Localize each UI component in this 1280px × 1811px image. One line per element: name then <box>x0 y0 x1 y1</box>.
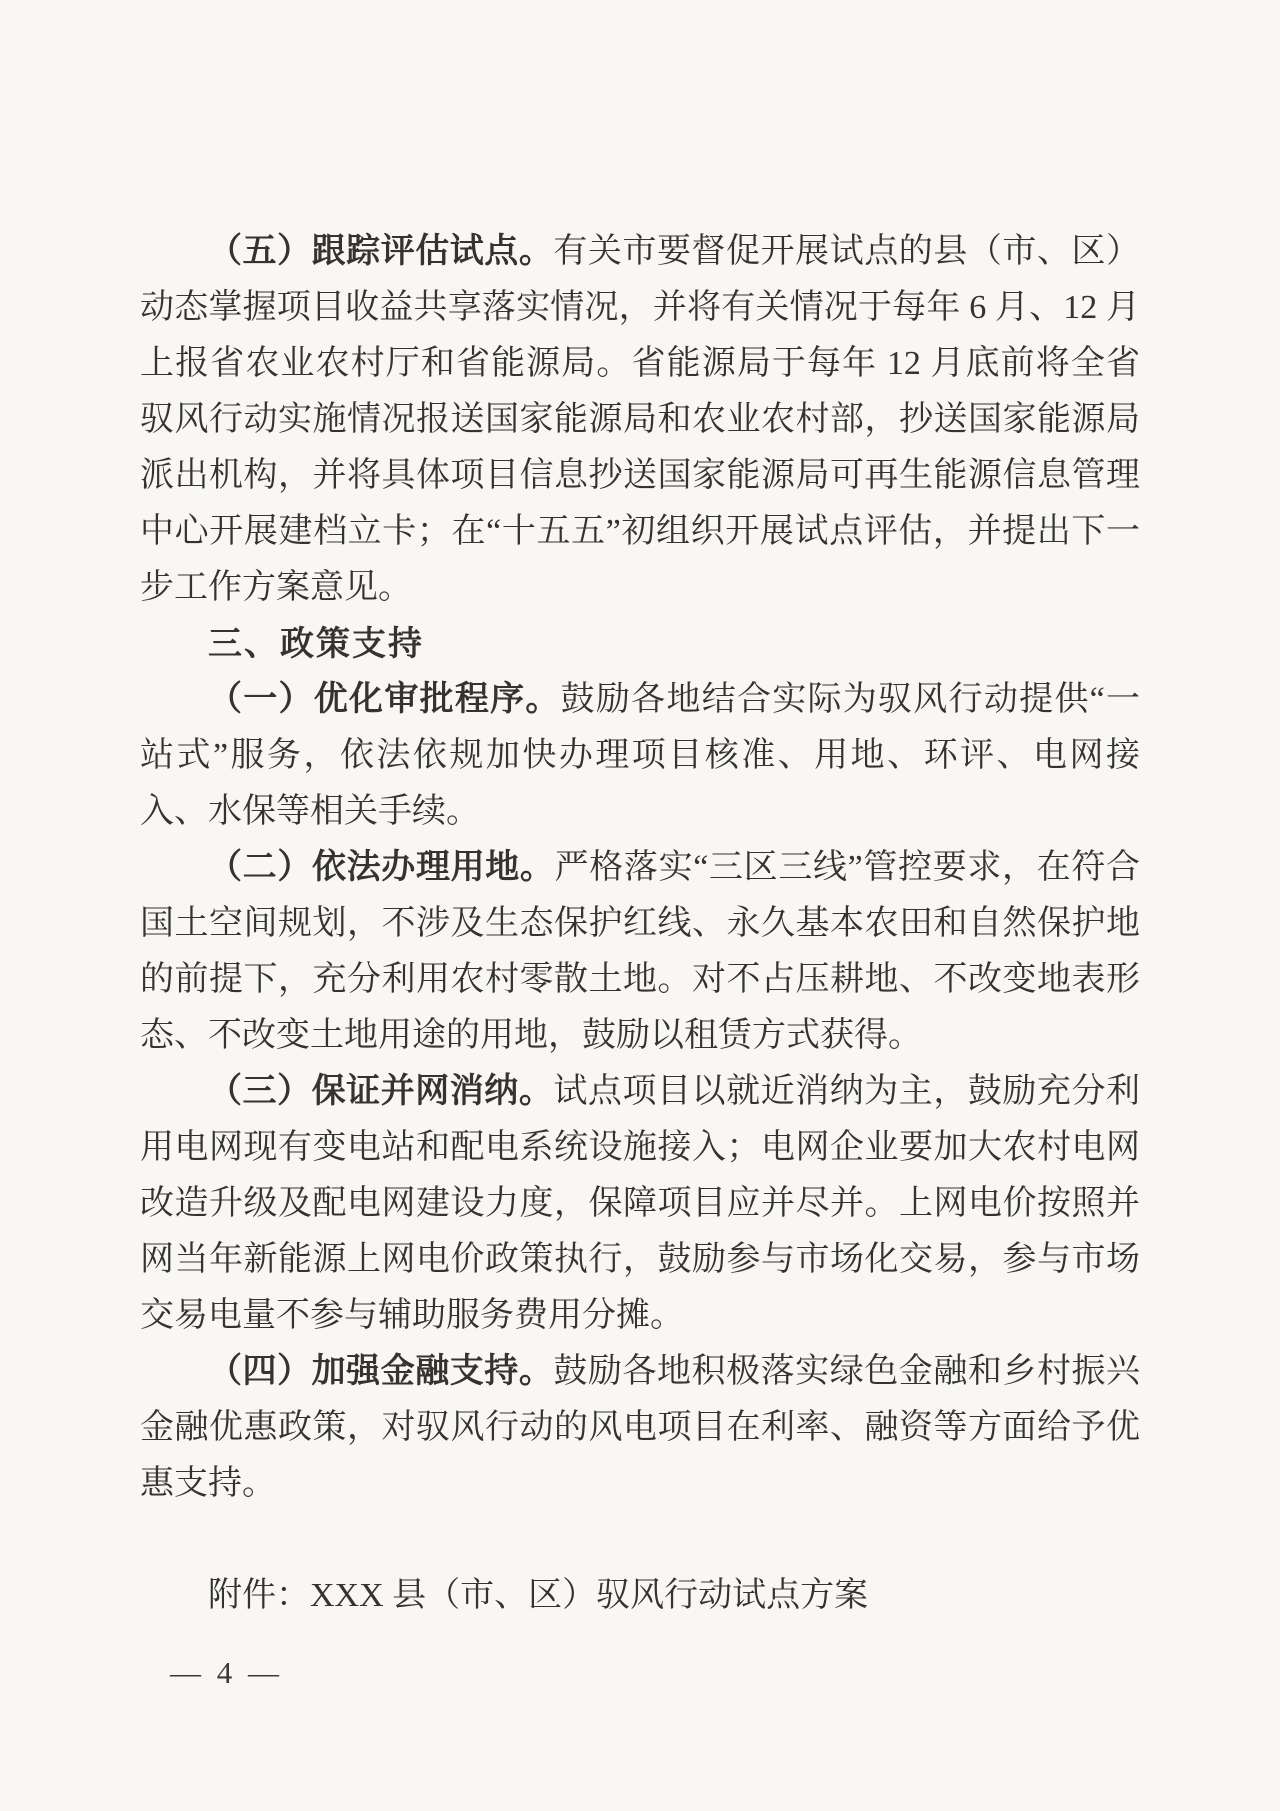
paragraph-item-5: （五）跟踪评估试点。有关市要督促开展试点的县（市、区）动态掌握项目收益共享落实情… <box>140 224 1140 616</box>
page-number: — 4 — <box>170 1650 283 1696</box>
paragraph-lead: （四）加强金融支持。 <box>208 1353 553 1390</box>
paragraph-body: 有关市要督促开展试点的县（市、区）动态掌握项目收益共享落实情况，并将有关情况于每… <box>140 233 1140 606</box>
paragraph-item-1: （一）优化审批程序。鼓励各地结合实际为驭风行动提供“一站式”服务，依法依规加快办… <box>140 672 1140 840</box>
document-page: （五）跟踪评估试点。有关市要督促开展试点的县（市、区）动态掌握项目收益共享落实情… <box>0 0 1280 1811</box>
paragraph-item-3: （三）保证并网消纳。试点项目以就近消纳为主，鼓励充分利用电网现有变电站和配电系统… <box>140 1064 1140 1344</box>
paragraph-item-4: （四）加强金融支持。鼓励各地积极落实绿色金融和乡村振兴金融优惠政策，对驭风行动的… <box>140 1344 1140 1512</box>
paragraph-lead: （一）优化审批程序。 <box>208 681 561 718</box>
paragraph-body: 试点项目以就近消纳为主，鼓励充分利用电网现有变电站和配电系统设施接入；电网企业要… <box>140 1073 1140 1334</box>
paragraph-item-2: （二）依法办理用地。严格落实“三区三线”管控要求，在符合国土空间规划，不涉及生态… <box>140 840 1140 1064</box>
attachment-line: 附件：XXX 县（市、区）驭风行动试点方案 <box>140 1568 1140 1624</box>
paragraph-lead: （二）依法办理用地。 <box>208 849 555 886</box>
section-heading: 三、政策支持 <box>140 616 1140 672</box>
paragraph-lead: （三）保证并网消纳。 <box>208 1073 553 1110</box>
document-text-block: （五）跟踪评估试点。有关市要督促开展试点的县（市、区）动态掌握项目收益共享落实情… <box>140 224 1140 1624</box>
paragraph-lead: （五）跟踪评估试点。 <box>208 233 553 270</box>
